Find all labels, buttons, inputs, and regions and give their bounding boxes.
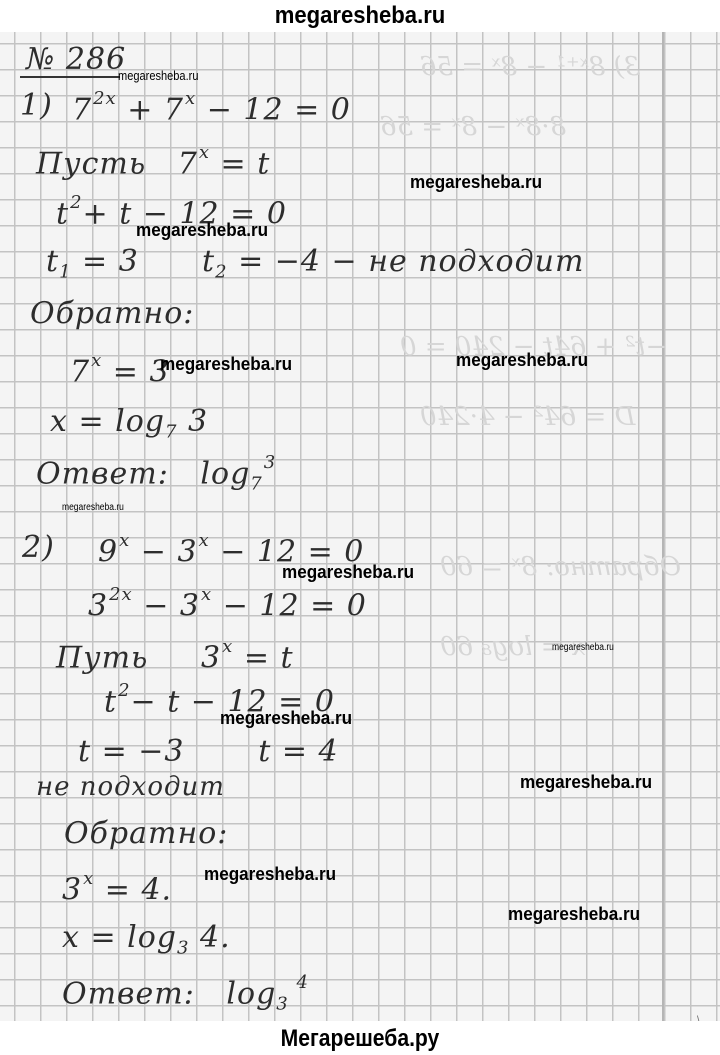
inline-watermark[interactable]: megaresheba.ru — [508, 904, 640, 925]
inline-watermark[interactable]: megaresheba.ru — [520, 772, 652, 793]
footer-watermark[interactable]: Мегарешеба.ру — [43, 1021, 677, 1055]
part2-rewrite: 32x − 3x − 12 = 0 — [88, 584, 367, 623]
inline-watermark[interactable]: megaresheba.ru — [62, 502, 124, 513]
part1-solution: x = log7 3 — [50, 404, 208, 442]
part2-back-equation: 3x = 4. — [62, 868, 172, 907]
problem-number-underline — [20, 76, 120, 78]
header-watermark[interactable]: megaresheba.ru — [29, 0, 691, 32]
inline-watermark[interactable]: megaresheba.ru — [118, 68, 198, 83]
inline-watermark[interactable]: megaresheba.ru — [456, 350, 588, 371]
part1-back-equation: 7x = 3 — [70, 350, 170, 389]
part2-label: 2) — [22, 530, 55, 565]
page-margin-line — [662, 32, 664, 1021]
problem-number: № 286 — [26, 42, 126, 77]
part2-solution: x = log3 4. — [62, 920, 231, 958]
inline-watermark[interactable]: megaresheba.ru — [220, 708, 352, 729]
part1-roots: t1 = 3 t2 = −4 − не подходит — [46, 244, 584, 282]
part1-equation: 72x + 7x − 12 = 0 — [72, 88, 351, 127]
part1-answer: Ответ: log73 — [36, 452, 276, 495]
part2-answer: Ответ: log3 4 — [62, 972, 309, 1015]
inline-watermark[interactable]: megaresheba.ru — [160, 354, 292, 375]
bleed-through-text: D = 64² − 4·240 — [420, 402, 635, 432]
bleed-through-text: 3) 8ˣ⁺¹ − 8ˣ = 56 — [420, 52, 640, 82]
part2-reject-note: не подходит — [36, 772, 225, 802]
part1-substitution: Пусть 7x = t — [36, 142, 270, 181]
part1-label: 1) — [20, 88, 53, 123]
part2-back-heading: Обратно: — [64, 816, 228, 851]
inline-watermark[interactable]: megaresheba.ru — [136, 220, 268, 241]
graph-paper-sheet: 3) 8ˣ⁺¹ − 8ˣ = 56 8·8ˣ − 8ˣ = 56 −t² + 6… — [0, 32, 720, 1021]
bleed-through-text: 8·8ˣ − 8ˣ = 56 — [380, 112, 566, 142]
corner-pencil-mark: \ — [697, 1015, 700, 1021]
bleed-through-text: Обратно: 8ˣ = 60 — [440, 552, 681, 582]
inline-watermark[interactable]: megaresheba.ru — [282, 562, 414, 583]
part2-substitution: Путь 3x = t — [56, 636, 294, 675]
inline-watermark[interactable]: megaresheba.ru — [552, 642, 614, 653]
inline-watermark[interactable]: megaresheba.ru — [204, 864, 336, 885]
part2-roots: t = −3 t = 4 — [78, 734, 339, 769]
part1-back-heading: Обратно: — [30, 296, 194, 331]
inline-watermark[interactable]: megaresheba.ru — [410, 172, 542, 193]
